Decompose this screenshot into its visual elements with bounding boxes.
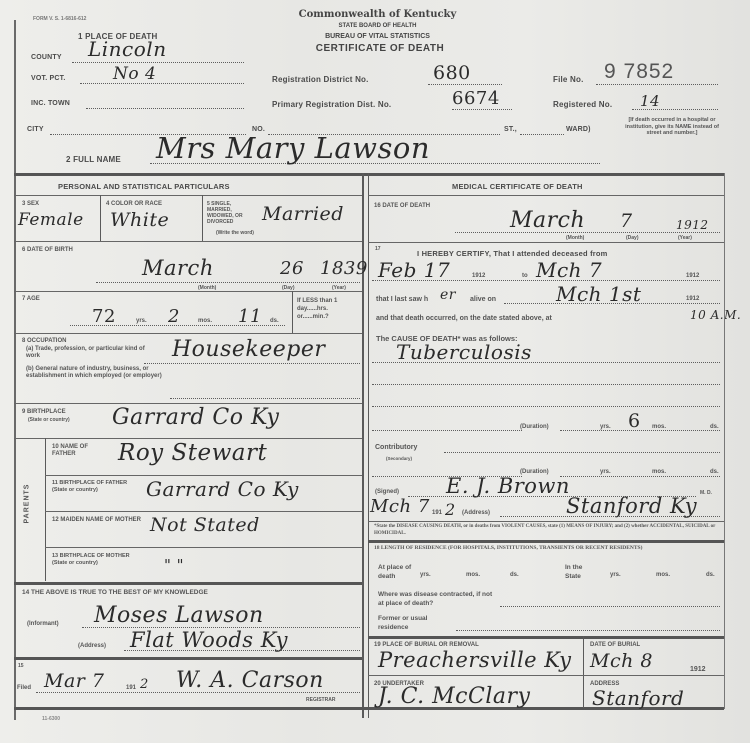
rule <box>292 291 293 333</box>
county-line <box>72 62 244 63</box>
rule <box>14 582 362 585</box>
rule <box>368 540 724 543</box>
vot-pct-label: Vot. Pct. <box>31 75 65 82</box>
duration-2-ds: ds. <box>710 469 719 476</box>
contracted-line <box>500 606 720 607</box>
primary-registration-value: 6674 <box>452 88 500 109</box>
age-months: 2 <box>168 306 180 327</box>
rule <box>100 195 101 241</box>
father-birthplace-label: 11 BIRTHPLACE OF FATHER (State or countr… <box>52 480 140 493</box>
medical-section-title: MEDICAL CERTIFICATE OF DEATH <box>452 182 583 191</box>
residence-yrs-1: yrs. <box>420 572 431 579</box>
rule <box>45 547 362 548</box>
dob-month: March <box>142 256 214 280</box>
file-no-line <box>596 84 718 85</box>
residence-at-place-label: At place of death <box>378 563 418 581</box>
primary-registration-label: Primary Registration Dist. No. <box>272 100 391 109</box>
informant-value: Moses Lawson <box>94 603 264 628</box>
rule <box>14 195 362 196</box>
residence-yrs-2: yrs. <box>610 572 621 579</box>
occupation-b-line <box>170 398 360 399</box>
informant-address-value: Flat Woods Ky <box>130 628 288 652</box>
occurred-text: and that death occurred, on the date sta… <box>376 315 552 322</box>
marital-value: Married <box>262 203 344 225</box>
undertaker-value: J. C. McClary <box>378 684 530 709</box>
registration-district-label: Registration District No. <box>272 75 369 84</box>
age-ds-label: ds. <box>270 318 279 325</box>
attended-to: Mch 7 <box>536 258 602 282</box>
dob-label: 6 DATE OF BIRTH <box>22 247 73 254</box>
signed-label: (Signed) <box>375 489 399 496</box>
occupation-a-label: (a) Trade, profession, or particular kin… <box>26 346 146 360</box>
birthplace-value: Garrard Co Ky <box>112 405 279 430</box>
primary-registration-line <box>452 109 512 110</box>
left-margin-rule <box>14 20 16 720</box>
filed-label: Filed <box>17 685 31 692</box>
divider-rule <box>14 173 724 176</box>
informant-statement: 14 THE ABOVE IS TRUE TO THE BEST OF MY K… <box>22 589 208 596</box>
residence-ds-1: ds. <box>510 572 519 579</box>
alive-on-label: alive on <box>470 296 496 303</box>
filed-number: 15 <box>18 663 24 670</box>
contracted-label: Where was disease contracted, if not at … <box>378 590 498 608</box>
registrar-label: REGISTRAR <box>306 697 335 704</box>
signed-address-label: (Address) <box>462 510 490 517</box>
attended-from: Feb 17 <box>378 258 450 282</box>
occupation-value: Housekeeper <box>172 337 325 362</box>
file-no-label: File No. <box>553 75 584 84</box>
rule <box>368 242 724 243</box>
occurred-value: 10 A.M. <box>690 308 741 322</box>
rule <box>368 195 724 196</box>
color-value: White <box>110 209 169 231</box>
less-than-day-label: If LESS than 1 day......hrs. or......min… <box>297 297 359 321</box>
form-number: FORM V. S. 1-6816-612 <box>33 16 86 23</box>
attended-from-year: 1912 <box>472 273 485 280</box>
death-day: 7 <box>620 210 633 232</box>
occupation-label: 8 OCCUPATION <box>22 338 66 345</box>
residence-label: 18 LENGTH OF RESIDENCE (FOR HOSPITALS, I… <box>374 545 722 552</box>
county-value: Lincoln <box>88 37 167 61</box>
sex-value: Female <box>18 210 84 230</box>
city-label: City <box>27 126 44 133</box>
street-label: St., <box>504 126 517 133</box>
rule <box>583 636 584 708</box>
rule <box>14 657 362 660</box>
full-name-label: 2 FULL NAME <box>66 155 121 164</box>
rule <box>14 291 362 292</box>
file-no-value: 9 7852 <box>604 60 674 84</box>
inc-town-line <box>86 108 244 109</box>
former-residence-label: Former or usual residence <box>378 614 448 632</box>
age-mos-label: mos. <box>198 318 212 325</box>
column-divider <box>362 173 364 718</box>
signed-date: Mch 7 <box>370 496 430 517</box>
former-residence-line <box>456 630 720 631</box>
color-label: 4 COLOR OR RACE <box>106 201 162 208</box>
informant-address-label: (Address) <box>78 643 106 650</box>
death-year: 1912 <box>676 218 709 232</box>
registrar-signature: W. A. Carson <box>176 668 324 693</box>
certify-text: I HEREBY CERTIFY, That I attended deceas… <box>417 249 608 258</box>
marital-hint: (Write the word) <box>216 230 254 237</box>
mother-maiden-label: 12 MAIDEN NAME OF MOTHER <box>52 517 142 524</box>
registered-no-label: Registered No. <box>553 100 612 109</box>
rule <box>368 636 724 639</box>
last-saw-pronoun: er <box>440 287 456 303</box>
burial-date-year: 1912 <box>690 666 706 673</box>
age-label: 7 AGE <box>22 296 40 303</box>
residence-in-state-label: In the State <box>565 563 595 581</box>
age-years: 72 <box>92 306 116 327</box>
ward-label: Ward) <box>566 126 591 133</box>
death-day-caption: (Day) <box>626 235 639 242</box>
father-birthplace-value: Garrard Co Ky <box>146 477 299 501</box>
duration-ds: ds. <box>710 424 719 431</box>
duration-line <box>372 430 522 431</box>
filed-year-suffix: 2 <box>140 677 149 692</box>
county-label: County <box>31 54 62 61</box>
certificate-title: CERTIFICATE OF DEATH <box>265 43 495 54</box>
death-month: March <box>510 208 585 233</box>
signed-value: E. J. Brown <box>446 474 570 498</box>
inc-town-label: Inc. Town <box>31 100 70 107</box>
birthplace-label: 9 BIRTHPLACE <box>22 409 66 416</box>
registered-no-value: 14 <box>640 92 660 110</box>
footer-code: 11-6300 <box>42 716 60 723</box>
residence-ds-2: ds. <box>706 572 715 579</box>
rule <box>368 521 724 522</box>
personal-section-title: PERSONAL AND STATISTICAL PARTICULARS <box>58 182 230 191</box>
vot-pct-line <box>80 83 244 84</box>
duration-2-yrs: yrs. <box>600 469 611 476</box>
contributory-hint: (Secondary) <box>386 455 412 462</box>
death-month-caption: (Month) <box>566 235 584 242</box>
death-date-line <box>455 232 720 233</box>
occupation-a-line <box>144 363 360 364</box>
mother-birthplace-value: " " <box>164 556 184 574</box>
informant-label: (Informant) <box>27 621 59 628</box>
mother-maiden-value: Not Stated <box>150 514 260 536</box>
residence-mos-1: mos. <box>466 572 480 579</box>
right-margin-rule <box>724 173 725 709</box>
filed-date-value: Mar 7 <box>44 670 105 692</box>
age-days: 11 <box>238 306 262 327</box>
birthplace-hint: (State or country) <box>28 417 70 424</box>
occupation-b-label: (b) General nature of industry, business… <box>26 366 176 380</box>
burial-place-value: Preachersville Ky <box>378 648 571 672</box>
board-title: STATE BOARD OF HEALTH <box>280 23 475 29</box>
rule <box>368 675 724 676</box>
filed-year-prefix: 191 <box>126 685 136 692</box>
burial-date-value: Mch 8 <box>590 650 653 672</box>
last-saw-date: Mch 1st <box>556 282 641 306</box>
full-name-value: Mrs Mary Lawson <box>156 131 430 165</box>
dob-day: 26 <box>280 258 304 279</box>
rule <box>14 333 362 334</box>
undertaker-address-value: Stanford <box>592 686 684 710</box>
death-year-caption: (Year) <box>678 235 692 242</box>
rule <box>14 403 362 404</box>
father-name-label: 10 NAME OF FATHER <box>52 444 112 458</box>
cause-line-2 <box>372 384 720 385</box>
dob-year: 1839 <box>320 258 368 279</box>
sex-label: 3 SEX <box>22 201 39 208</box>
footnote: *State the DISEASE CAUSING DEATH, or in … <box>374 524 722 537</box>
ward-line <box>520 134 564 135</box>
contributory-line <box>444 452 720 453</box>
last-saw-text: that I last saw h <box>376 296 428 303</box>
cause-value: Tuberculosis <box>396 340 532 364</box>
cause-line-3 <box>372 406 720 407</box>
rule <box>45 438 46 581</box>
death-certificate: FORM V. S. 1-6816-612 Commonwealth of Ke… <box>0 0 750 743</box>
age-yrs-label: yrs. <box>136 318 147 325</box>
duration-label: (Duration) <box>520 424 549 431</box>
attended-to-label: to <box>522 273 528 280</box>
hospital-note: [If death occurred in a hospital or inst… <box>622 117 722 137</box>
certify-number: 17 <box>375 246 381 253</box>
duration-mos: mos. <box>652 424 666 431</box>
md-label: M. D. <box>700 490 712 497</box>
signed-year-suffix: 2 <box>445 500 456 519</box>
registration-district-value: 680 <box>433 62 471 84</box>
father-name-value: Roy Stewart <box>118 440 267 466</box>
marital-label: 5 SINGLE, MARRIED, WIDOWED, OR DIVORCED <box>207 201 255 225</box>
bureau-title: BUREAU OF VITAL STATISTICS <box>280 33 475 40</box>
residence-mos-2: mos. <box>656 572 670 579</box>
duration-2-value-line <box>560 476 720 477</box>
rule <box>45 511 362 512</box>
contributory-label: Contributory <box>375 444 417 451</box>
commonwealth-title: Commonwealth of Kentucky <box>280 9 475 20</box>
burial-date-label: DATE OF BURIAL <box>590 642 640 649</box>
duration-2-mos: mos. <box>652 469 666 476</box>
registration-district-line <box>428 84 502 85</box>
mother-birthplace-label: 13 BIRTHPLACE OF MOTHER (State or countr… <box>52 553 140 566</box>
rule <box>202 195 203 241</box>
last-saw-year: 1912 <box>686 296 699 303</box>
attended-to-year: 1912 <box>686 273 699 280</box>
rule <box>14 241 362 242</box>
death-date-label: 16 DATE OF DEATH <box>374 203 430 210</box>
vot-pct-value: No 4 <box>113 64 156 84</box>
dob-line <box>96 282 360 283</box>
signed-address-value: Stanford Ky <box>566 494 697 518</box>
duration-value: 6 <box>628 410 641 432</box>
signed-year-prefix: 191 <box>432 510 442 517</box>
parents-side-label: PARENTS <box>23 484 30 524</box>
rule <box>14 438 362 439</box>
rule <box>45 475 362 476</box>
duration-yrs: yrs. <box>600 424 611 431</box>
